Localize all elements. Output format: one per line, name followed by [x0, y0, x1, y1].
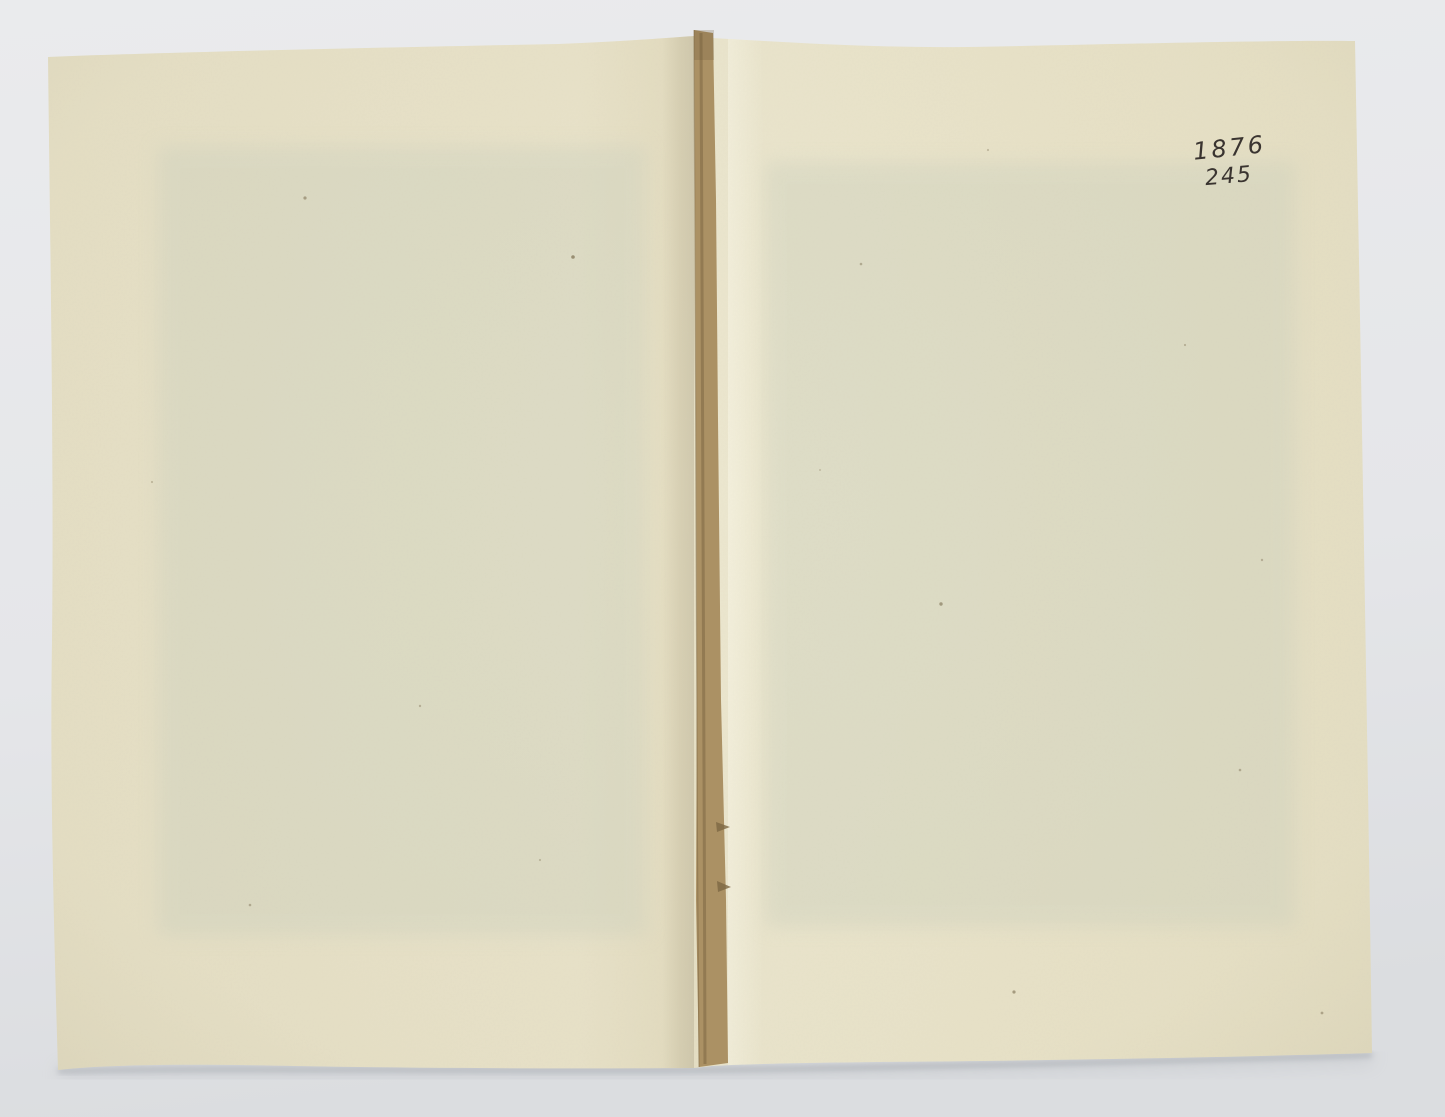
photograph-of-paper-verso: 1876 245	[0, 0, 1445, 1117]
handwritten-catalog-number: 245	[1204, 162, 1254, 191]
spine-tape-tip	[694, 30, 714, 60]
